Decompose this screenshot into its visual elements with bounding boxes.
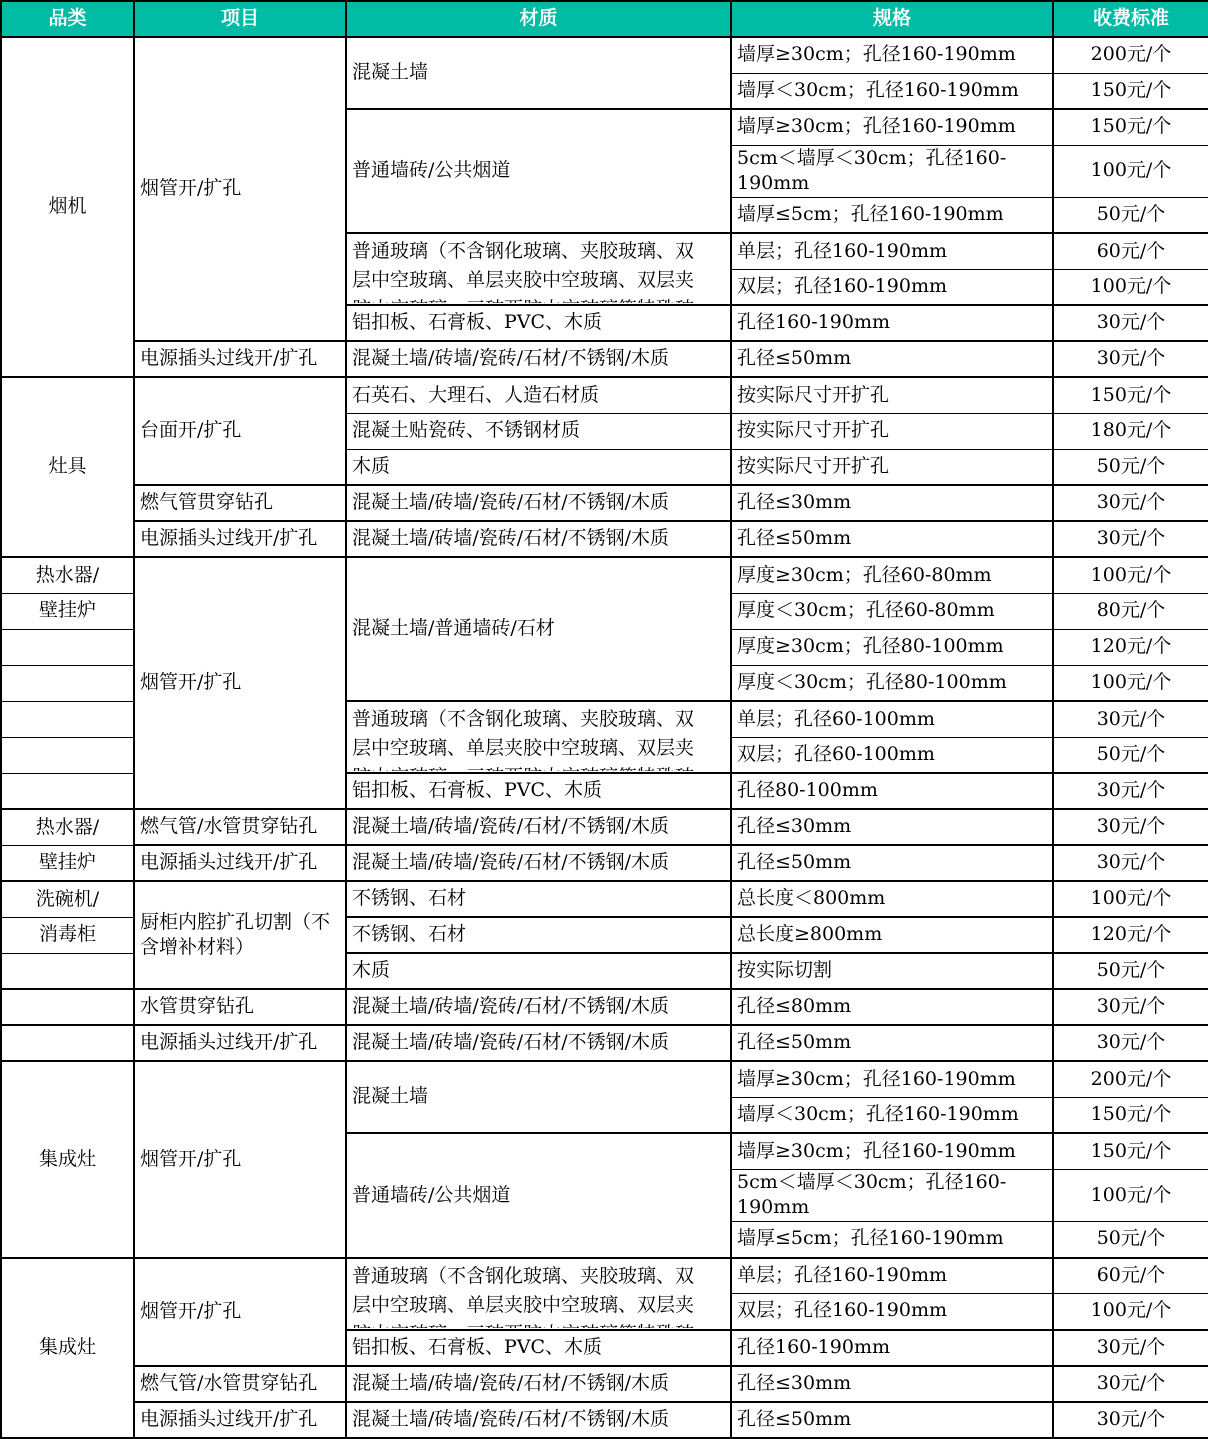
column-header-category: 品类 — [1, 1, 134, 37]
cell-price: 30元/个 — [1053, 521, 1208, 557]
cell-material: 不锈钢、石材 — [346, 881, 731, 917]
cell-category — [1, 737, 134, 773]
cell-price: 150元/个 — [1053, 73, 1208, 109]
cell-spec: 单层；孔径160-190mm — [731, 1258, 1053, 1294]
table-row: 燃气管贯穿钻孔 混凝土墙/砖墙/瓷砖/石材/不锈钢/木质 孔径≤30mm 30元… — [1, 485, 1208, 521]
cell-category — [1, 953, 134, 989]
column-header-price: 收费标准 — [1053, 1, 1208, 37]
cell-price: 100元/个 — [1053, 881, 1208, 917]
cell-material: 普通墙砖/公共烟道 — [346, 1133, 731, 1257]
cell-price: 150元/个 — [1053, 1133, 1208, 1169]
cell-price: 30元/个 — [1053, 305, 1208, 341]
cell-price: 100元/个 — [1053, 269, 1208, 305]
cell-price: 60元/个 — [1053, 1258, 1208, 1294]
cell-price: 100元/个 — [1053, 1169, 1208, 1221]
cell-price: 120元/个 — [1053, 629, 1208, 665]
table-row: 电源插头过线开/扩孔 混凝土墙/砖墙/瓷砖/石材/不锈钢/木质 孔径≤50mm … — [1, 341, 1208, 377]
cell-spec: 墙厚≥30cm；孔径160-190mm — [731, 1061, 1053, 1097]
cell-spec: 单层；孔径160-190mm — [731, 233, 1053, 269]
cell-spec: 孔径≤50mm — [731, 1025, 1053, 1061]
cell-material: 混凝土墙/砖墙/瓷砖/石材/不锈钢/木质 — [346, 485, 731, 521]
cell-material: 混凝土贴瓷砖、不锈钢材质 — [346, 413, 731, 449]
cell-spec: 5cm＜墙厚＜30cm；孔径160-190mm — [731, 145, 1053, 197]
cell-material: 混凝土墙/砖墙/瓷砖/石材/不锈钢/木质 — [346, 809, 731, 845]
cell-spec: 墙厚≥30cm；孔径160-190mm — [731, 37, 1053, 73]
cell-price: 50元/个 — [1053, 197, 1208, 233]
cell-material: 混凝土墙 — [346, 1061, 731, 1133]
cell-category: 热水器/ — [1, 557, 134, 593]
cell-material: 木质 — [346, 449, 731, 485]
cell-price: 150元/个 — [1053, 109, 1208, 145]
cell-spec: 按实际尺寸开扩孔 — [731, 449, 1053, 485]
cell-price: 30元/个 — [1053, 1402, 1208, 1438]
cell-spec: 孔径≤80mm — [731, 989, 1053, 1025]
cell-spec: 厚度≥30cm；孔径80-100mm — [731, 629, 1053, 665]
cell-price: 50元/个 — [1053, 449, 1208, 485]
cell-material: 混凝土墙/砖墙/瓷砖/石材/不锈钢/木质 — [346, 1366, 731, 1402]
cell-spec: 墙厚≤5cm；孔径160-190mm — [731, 197, 1053, 233]
cell-material: 普通玻璃（不含钢化玻璃、夹胶玻璃、双层中空玻璃、单层夹胶中空玻璃、双层夹胶中空玻… — [346, 701, 731, 773]
cell-project: 电源插头过线开/扩孔 — [134, 1402, 346, 1438]
cell-price: 100元/个 — [1053, 665, 1208, 701]
cell-price: 50元/个 — [1053, 1222, 1208, 1258]
table-row: 洗碗机/ 厨柜内腔扩孔切割（不含增补材料） 不锈钢、石材 总长度＜800mm 1… — [1, 881, 1208, 917]
cell-project: 电源插头过线开/扩孔 — [134, 845, 346, 881]
cell-price: 50元/个 — [1053, 737, 1208, 773]
cell-spec: 孔径≤50mm — [731, 341, 1053, 377]
cell-project: 烟管开/扩孔 — [134, 557, 346, 809]
cell-project: 厨柜内腔扩孔切割（不含增补材料） — [134, 881, 346, 989]
cell-price: 100元/个 — [1053, 557, 1208, 593]
cell-project: 水管贯穿钻孔 — [134, 989, 346, 1025]
cell-category: 壁挂炉 — [1, 845, 134, 881]
cell-price: 30元/个 — [1053, 485, 1208, 521]
cell-spec: 按实际切割 — [731, 953, 1053, 989]
cell-spec: 总长度＜800mm — [731, 881, 1053, 917]
cell-spec: 按实际尺寸开扩孔 — [731, 377, 1053, 413]
cell-project: 电源插头过线开/扩孔 — [134, 341, 346, 377]
cell-material: 普通玻璃（不含钢化玻璃、夹胶玻璃、双层中空玻璃、单层夹胶中空玻璃、双层夹胶中空玻… — [346, 1258, 731, 1330]
cell-material: 普通玻璃（不含钢化玻璃、夹胶玻璃、双层中空玻璃、单层夹胶中空玻璃、双层夹胶中空玻… — [346, 233, 731, 305]
cell-price: 30元/个 — [1053, 1366, 1208, 1402]
cell-spec: 孔径≤30mm — [731, 485, 1053, 521]
cell-material: 混凝土墙/砖墙/瓷砖/石材/不锈钢/木质 — [346, 989, 731, 1025]
cell-spec: 单层；孔径60-100mm — [731, 701, 1053, 737]
cell-material: 混凝土墙/砖墙/瓷砖/石材/不锈钢/木质 — [346, 1402, 731, 1438]
cell-price: 30元/个 — [1053, 989, 1208, 1025]
table-row: 电源插头过线开/扩孔 混凝土墙/砖墙/瓷砖/石材/不锈钢/木质 孔径≤50mm … — [1, 1025, 1208, 1061]
cell-material: 铝扣板、石膏板、PVC、木质 — [346, 1330, 731, 1366]
cell-price: 30元/个 — [1053, 1025, 1208, 1061]
cell-spec: 5cm＜墙厚＜30cm；孔径160-190mm — [731, 1169, 1053, 1221]
header-row: 品类 项目 材质 规格 收费标准 — [1, 1, 1208, 37]
column-header-material: 材质 — [346, 1, 731, 37]
table-row: 水管贯穿钻孔 混凝土墙/砖墙/瓷砖/石材/不锈钢/木质 孔径≤80mm 30元/… — [1, 989, 1208, 1025]
cell-project: 电源插头过线开/扩孔 — [134, 1025, 346, 1061]
cell-spec: 厚度＜30cm；孔径60-80mm — [731, 593, 1053, 629]
cell-spec: 墙厚≥30cm；孔径160-190mm — [731, 109, 1053, 145]
cell-project: 燃气管贯穿钻孔 — [134, 485, 346, 521]
cell-project: 烟管开/扩孔 — [134, 37, 346, 341]
cell-price: 50元/个 — [1053, 953, 1208, 989]
cell-project: 烟管开/扩孔 — [134, 1061, 346, 1257]
cell-spec: 孔径80-100mm — [731, 773, 1053, 809]
cell-category: 烟机 — [1, 37, 134, 377]
cell-price: 30元/个 — [1053, 845, 1208, 881]
table-row: 壁挂炉 电源插头过线开/扩孔 混凝土墙/砖墙/瓷砖/石材/不锈钢/木质 孔径≤5… — [1, 845, 1208, 881]
cell-spec: 墙厚＜30cm；孔径160-190mm — [731, 1097, 1053, 1133]
cell-category: 集成灶 — [1, 1061, 134, 1257]
cell-category: 集成灶 — [1, 1258, 134, 1438]
cell-spec: 墙厚＜30cm；孔径160-190mm — [731, 73, 1053, 109]
cell-category — [1, 773, 134, 809]
cell-category — [1, 629, 134, 665]
table-row: 灶具 台面开/扩孔 石英石、大理石、人造石材质 按实际尺寸开扩孔 150元/个 — [1, 377, 1208, 413]
cell-spec: 总长度≥800mm — [731, 917, 1053, 953]
cell-price: 120元/个 — [1053, 917, 1208, 953]
cell-spec: 双层；孔径60-100mm — [731, 737, 1053, 773]
cell-price: 180元/个 — [1053, 413, 1208, 449]
table-row: 集成灶 烟管开/扩孔 普通玻璃（不含钢化玻璃、夹胶玻璃、双层中空玻璃、单层夹胶中… — [1, 1258, 1208, 1294]
cell-material: 普通墙砖/公共烟道 — [346, 109, 731, 233]
cell-price: 60元/个 — [1053, 233, 1208, 269]
cell-price: 30元/个 — [1053, 1330, 1208, 1366]
cell-material: 石英石、大理石、人造石材质 — [346, 377, 731, 413]
cell-spec: 按实际尺寸开扩孔 — [731, 413, 1053, 449]
cell-spec: 双层；孔径160-190mm — [731, 1294, 1053, 1330]
cell-price: 100元/个 — [1053, 1294, 1208, 1330]
table-row: 烟机 烟管开/扩孔 混凝土墙 墙厚≥30cm；孔径160-190mm 200元/… — [1, 37, 1208, 73]
cell-spec: 孔径≤50mm — [731, 1402, 1053, 1438]
cell-spec: 孔径≤30mm — [731, 809, 1053, 845]
cell-price: 30元/个 — [1053, 809, 1208, 845]
cell-category: 壁挂炉 — [1, 593, 134, 629]
cell-material: 不锈钢、石材 — [346, 917, 731, 953]
cell-material: 混凝土墙/砖墙/瓷砖/石材/不锈钢/木质 — [346, 341, 731, 377]
cell-price: 30元/个 — [1053, 701, 1208, 737]
cell-spec: 孔径160-190mm — [731, 305, 1053, 341]
material-text-clipped: 普通玻璃（不含钢化玻璃、夹胶玻璃、双层中空玻璃、单层夹胶中空玻璃、双层夹胶中空玻… — [352, 237, 704, 303]
cell-project: 燃气管/水管贯穿钻孔 — [134, 809, 346, 845]
cell-spec: 孔径≤30mm — [731, 1366, 1053, 1402]
table-row: 燃气管/水管贯穿钻孔 混凝土墙/砖墙/瓷砖/石材/不锈钢/木质 孔径≤30mm … — [1, 1366, 1208, 1402]
cell-spec: 孔径≤50mm — [731, 521, 1053, 557]
pricing-table: 品类 项目 材质 规格 收费标准 烟机 烟管开/扩孔 混凝土墙 墙厚≥30cm；… — [0, 0, 1208, 1439]
cell-price: 80元/个 — [1053, 593, 1208, 629]
table-row: 集成灶 烟管开/扩孔 混凝土墙 墙厚≥30cm；孔径160-190mm 200元… — [1, 1061, 1208, 1097]
cell-material: 混凝土墙/砖墙/瓷砖/石材/不锈钢/木质 — [346, 845, 731, 881]
table-row: 热水器/ 燃气管/水管贯穿钻孔 混凝土墙/砖墙/瓷砖/石材/不锈钢/木质 孔径≤… — [1, 809, 1208, 845]
cell-project: 烟管开/扩孔 — [134, 1258, 346, 1366]
cell-spec: 厚度≥30cm；孔径60-80mm — [731, 557, 1053, 593]
cell-category: 灶具 — [1, 377, 134, 557]
cell-price: 150元/个 — [1053, 377, 1208, 413]
cell-price: 200元/个 — [1053, 37, 1208, 73]
cell-spec: 厚度＜30cm；孔径80-100mm — [731, 665, 1053, 701]
table-row: 电源插头过线开/扩孔 混凝土墙/砖墙/瓷砖/石材/不锈钢/木质 孔径≤50mm … — [1, 521, 1208, 557]
cell-material: 铝扣板、石膏板、PVC、木质 — [346, 773, 731, 809]
cell-spec: 双层；孔径160-190mm — [731, 269, 1053, 305]
column-header-project: 项目 — [134, 1, 346, 37]
cell-price: 30元/个 — [1053, 773, 1208, 809]
cell-spec: 孔径160-190mm — [731, 1330, 1053, 1366]
cell-material: 混凝土墙/砖墙/瓷砖/石材/不锈钢/木质 — [346, 521, 731, 557]
cell-category: 消毒柜 — [1, 917, 134, 953]
cell-spec: 墙厚≥30cm；孔径160-190mm — [731, 1133, 1053, 1169]
cell-spec: 墙厚≤5cm；孔径160-190mm — [731, 1222, 1053, 1258]
cell-project: 台面开/扩孔 — [134, 377, 346, 485]
cell-project: 燃气管/水管贯穿钻孔 — [134, 1366, 346, 1402]
cell-category: 洗碗机/ — [1, 881, 134, 917]
cell-price: 30元/个 — [1053, 341, 1208, 377]
column-header-spec: 规格 — [731, 1, 1053, 37]
cell-category — [1, 989, 134, 1025]
cell-category — [1, 665, 134, 701]
cell-price: 150元/个 — [1053, 1097, 1208, 1133]
cell-material: 混凝土墙/砖墙/瓷砖/石材/不锈钢/木质 — [346, 1025, 731, 1061]
cell-price: 200元/个 — [1053, 1061, 1208, 1097]
cell-material: 混凝土墙 — [346, 37, 731, 109]
cell-material: 木质 — [346, 953, 731, 989]
cell-spec: 孔径≤50mm — [731, 845, 1053, 881]
table-row: 电源插头过线开/扩孔 混凝土墙/砖墙/瓷砖/石材/不锈钢/木质 孔径≤50mm … — [1, 1402, 1208, 1438]
cell-project: 电源插头过线开/扩孔 — [134, 521, 346, 557]
cell-price: 100元/个 — [1053, 145, 1208, 197]
material-text-clipped: 普通玻璃（不含钢化玻璃、夹胶玻璃、双层中空玻璃、单层夹胶中空玻璃、双层夹胶中空玻… — [352, 705, 704, 771]
material-text-clipped: 普通玻璃（不含钢化玻璃、夹胶玻璃、双层中空玻璃、单层夹胶中空玻璃、双层夹胶中空玻… — [352, 1262, 704, 1328]
cell-category — [1, 701, 134, 737]
table-row: 热水器/ 烟管开/扩孔 混凝土墙/普通墙砖/石材 厚度≥30cm；孔径60-80… — [1, 557, 1208, 593]
cell-material: 混凝土墙/普通墙砖/石材 — [346, 557, 731, 701]
cell-category: 热水器/ — [1, 809, 134, 845]
cell-category — [1, 1025, 134, 1061]
cell-material: 铝扣板、石膏板、PVC、木质 — [346, 305, 731, 341]
